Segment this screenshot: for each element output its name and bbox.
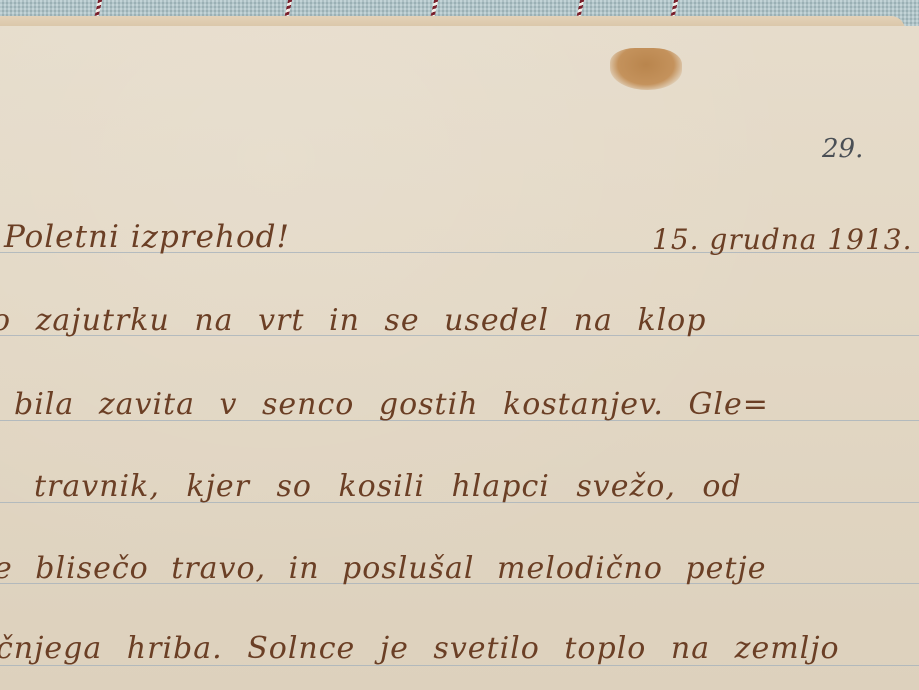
text-line: čnjega hriba. Solnce je svetilo toplo na… [0,634,840,664]
water-stain [610,48,682,90]
entry-date: 15. grudna 1913. [652,226,912,254]
text-line: bila zavita v senco gostih kostanjev. Gl… [14,390,769,420]
notebook-page: 29. Poletni izprehod! 15. grudna 1913. o… [0,26,919,690]
page-number: 29. [822,134,863,164]
entry-title: Poletni izprehod! [4,222,290,253]
text-line: o zajutrku na vrt in se usedel na klop [0,306,706,336]
text-line: e blisečo travo, in poslušal melodično p… [0,554,766,584]
text-line: travnik, kjer so kosili hlapci svežo, od [34,472,742,502]
